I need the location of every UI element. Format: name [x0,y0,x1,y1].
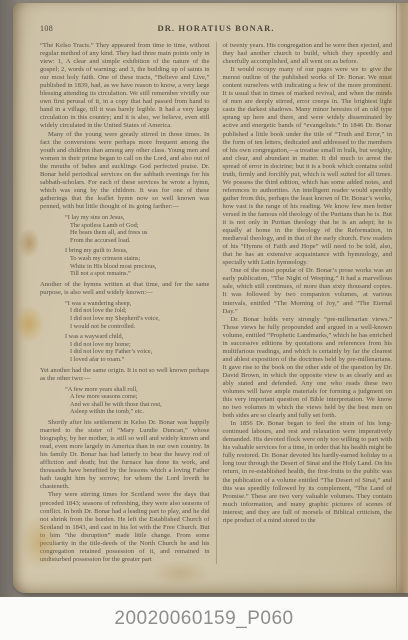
verse-line: Asleep within the tomb,” etc. [70,408,210,416]
scan-background: 108 DR. HORATIUS BONAR. “The Kelso Tract… [0,0,408,597]
paragraph: Yet another had the same origin. It is n… [40,367,210,383]
verse-line: “I lay my sins on Jesus, [65,214,210,222]
verse-stanza: “I was a wandering sheep,I did not love … [70,300,210,330]
verse-line: And we shall be with those that rest, [70,401,210,409]
verse-line: I did not love the fold; [70,307,210,315]
running-title: DR. HORATIUS BONAR. [88,23,344,33]
page-content: 108 DR. HORATIUS BONAR. “The Kelso Tract… [40,23,392,583]
verse-line: I bring my guilt to Jesus, [65,247,210,255]
verse-line: The spotless Lamb of God; [70,222,210,230]
archival-footer: 20020060159_P060 [0,597,408,640]
verse-stanza: “I lay my sins on Jesus,The spotless Lam… [70,214,210,244]
verse-line: I would not be controlled. [70,323,210,331]
verse-line: Till not a spot remains.” [70,270,210,278]
verse-line: White in His blood most precious, [70,263,210,271]
verse-line: A few more seasons come; [70,393,210,401]
verse-stanza: I bring my guilt to Jesus,To wash my cri… [70,247,210,277]
archival-id-label: 20020060159_P060 [114,608,293,630]
verse-stanza: I was a wayward child,I did not love my … [70,333,210,363]
verse-line: I did not love my Father’s voice, [70,348,210,356]
left-column: “The Kelso Tracts.” They appeared from t… [40,42,216,564]
page-header: 108 DR. HORATIUS BONAR. [40,23,392,33]
book-page: 108 DR. HORATIUS BONAR. “The Kelso Tract… [13,3,408,593]
verse-line: “I was a wandering sheep, [65,300,210,308]
paragraph: Many of the young were greatly stirred i… [40,131,210,211]
paragraph: Dr. Bonar holds very strongly “pre-mille… [223,316,393,421]
paragraph: It would occupy many of our pages were w… [223,66,393,267]
right-column: of twenty years. His congregation and he… [216,42,393,564]
verse-stanza: “A few more years shall roll,A few more … [70,386,210,416]
paragraph: “The Kelso Tracts.” They appeared from t… [40,42,210,131]
paragraph: of twenty years. His congregation and he… [223,42,393,66]
paragraph: They were stirring times for Scotland we… [40,491,210,563]
verse-line: To wash my crimson stains; [70,255,210,263]
page-number: 108 [40,24,88,33]
verse-line: From the accursed load. [70,237,210,245]
paragraph: One of the most popular of Dr. Bonar’s p… [223,267,393,315]
text-columns: “The Kelso Tracts.” They appeared from t… [40,42,392,564]
verse-line: I was a wayward child, [65,333,210,341]
verse-line: I loved afar to roam.” [70,356,210,364]
verse-line: He bears them all, and frees us [70,229,210,237]
page-edge [396,3,408,593]
verse-line: I did not love my home; [70,341,210,349]
verse-line: I did not love my Shepherd’s voice, [70,315,210,323]
paragraph: Another of the hymns written at that tim… [40,281,210,297]
paragraph: In 1856 Dr. Bonar began to feel the stra… [223,420,393,525]
paragraph: Shortly after his settlement in Kelso Dr… [40,419,210,491]
verse-line: “A few more years shall roll, [65,386,210,394]
